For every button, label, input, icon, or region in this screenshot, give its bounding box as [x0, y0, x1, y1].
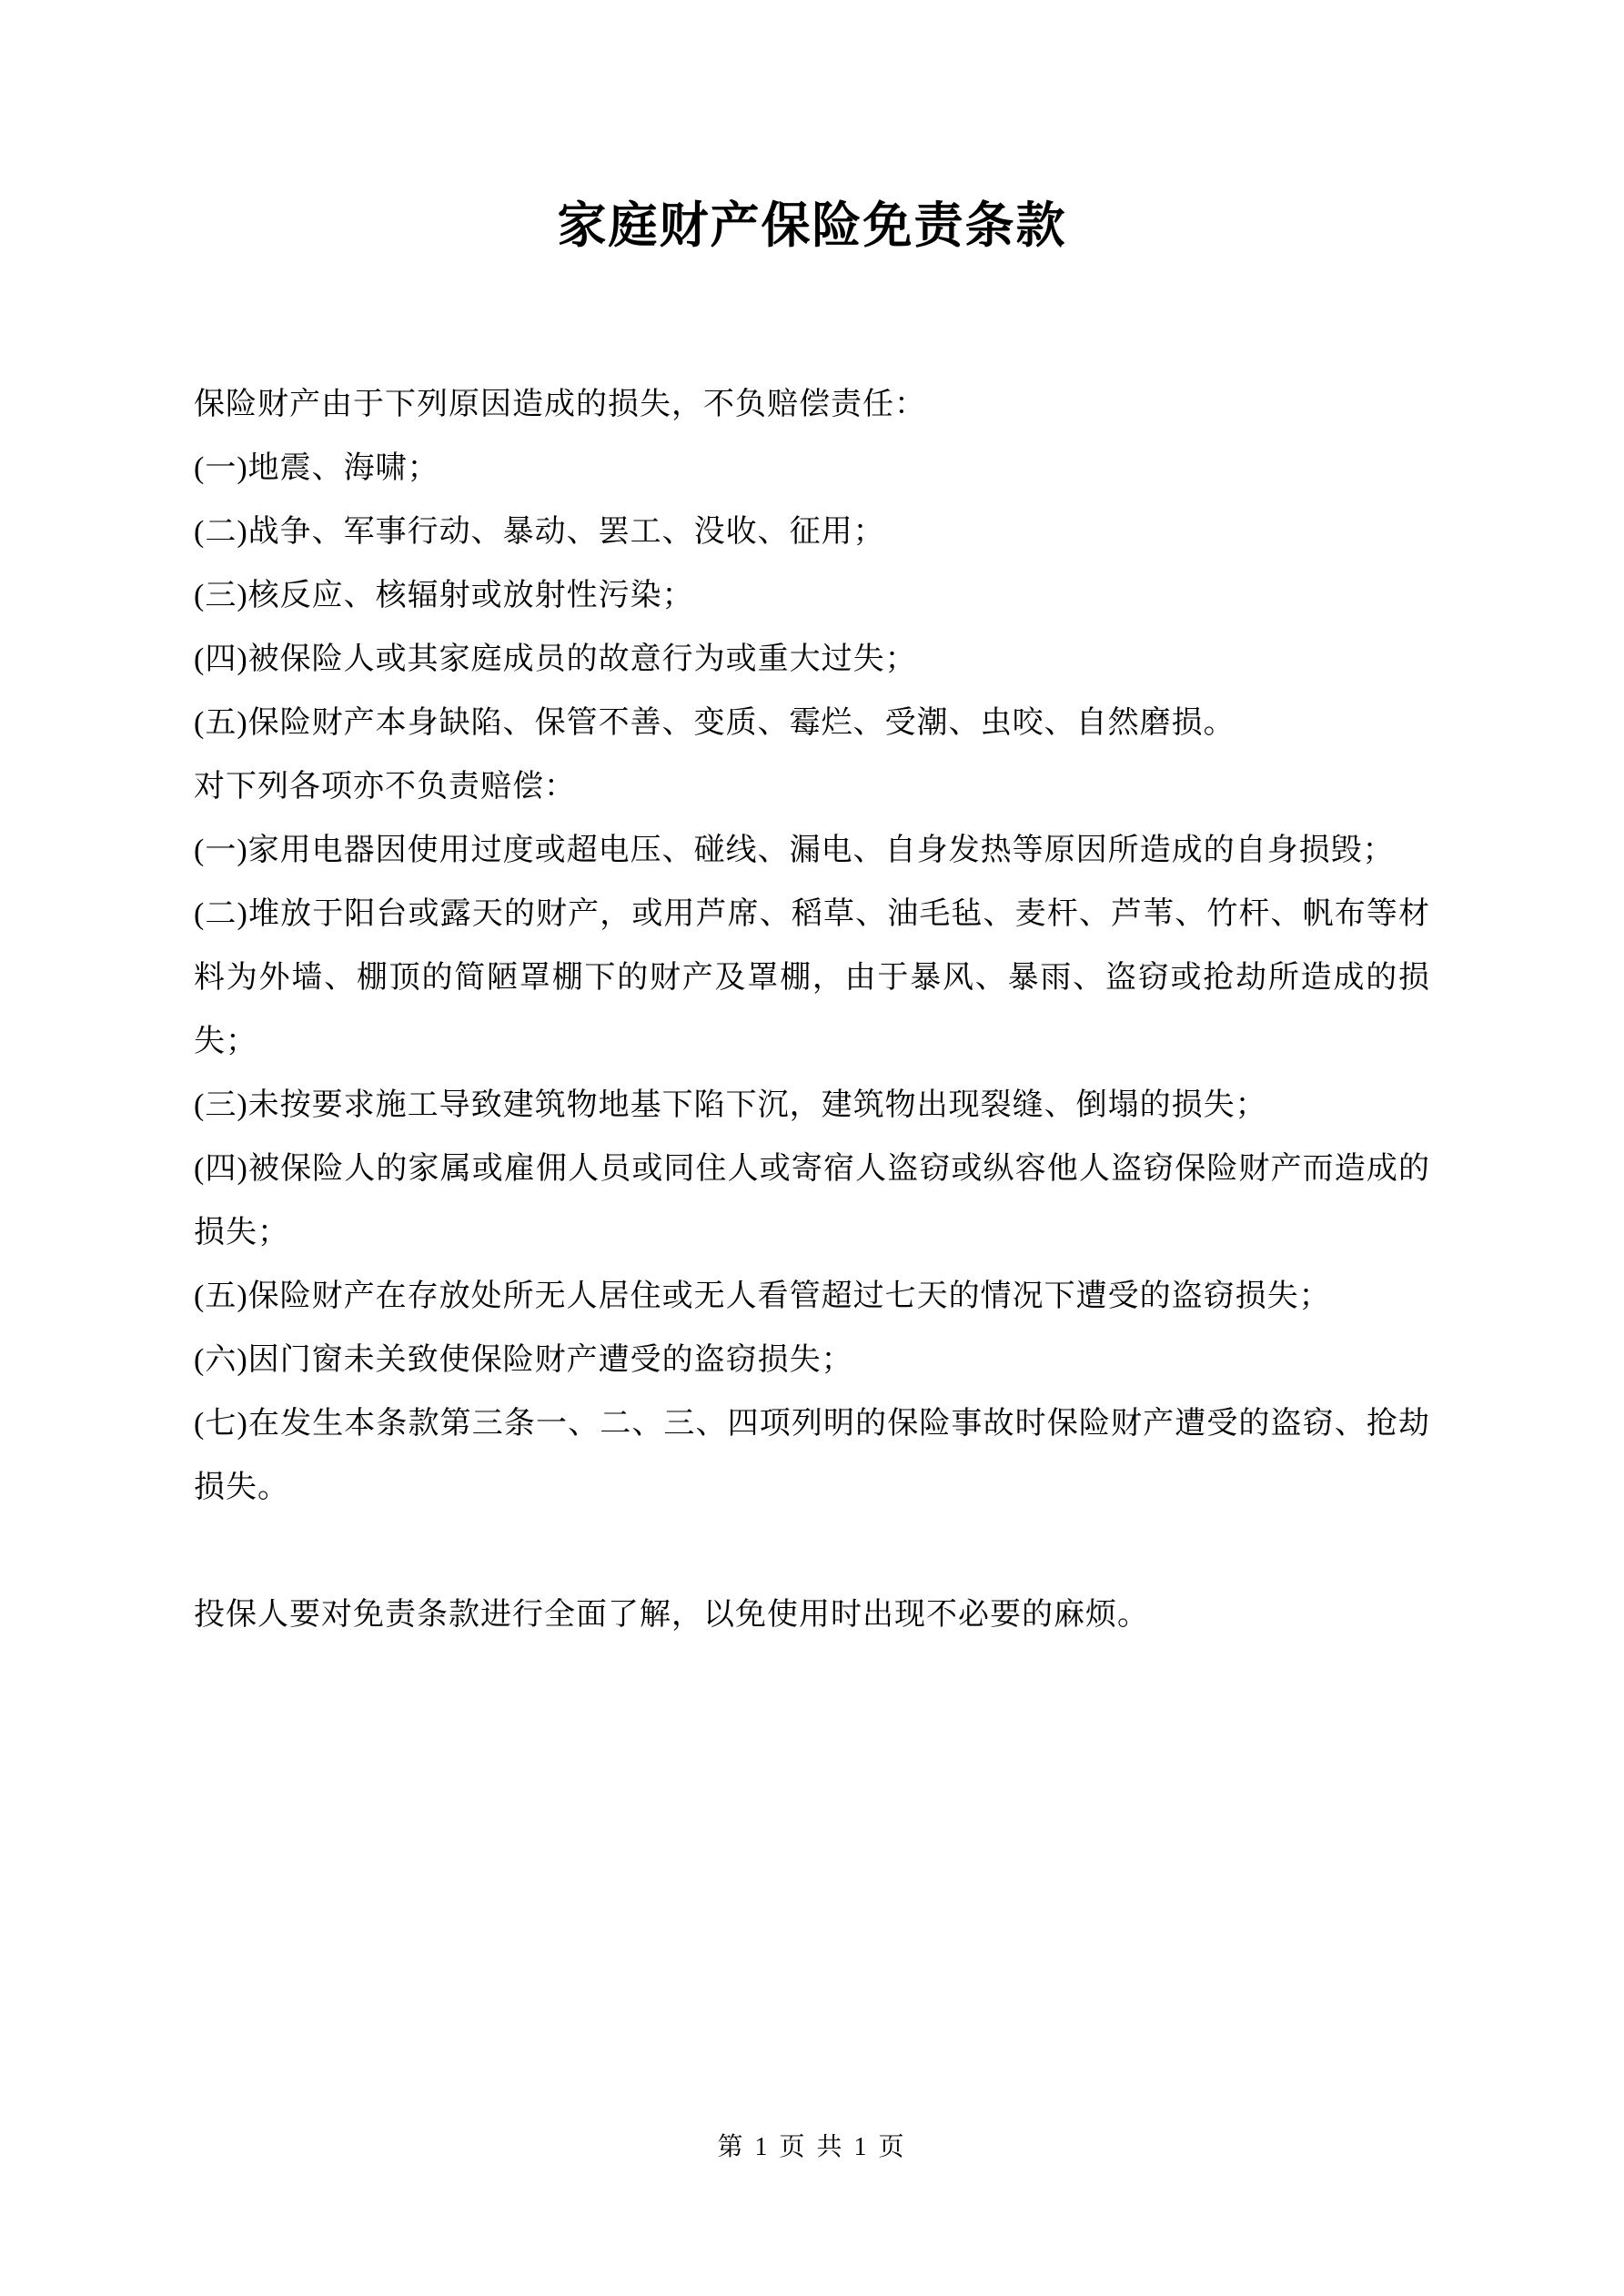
document-body: 保险财产由于下列原因造成的损失，不负赔偿责任： (一)地震、海啸； (二)战争、… — [194, 373, 1430, 1647]
section1-item-1: (一)地震、海啸； — [194, 437, 1430, 501]
section2-item-6: (六)因门窗未关致使保险财产遭受的盗窃损失； — [194, 1329, 1430, 1392]
document-page: 家庭财产保险免责条款 保险财产由于下列原因造成的损失，不负赔偿责任： (一)地震… — [0, 0, 1624, 2296]
document-title: 家庭财产保险免责条款 — [194, 191, 1430, 260]
section2-item-1: (一)家用电器因使用过度或超电压、碰线、漏电、自身发热等原因所造成的自身损毁； — [194, 819, 1430, 883]
section1-item-2: (二)战争、军事行动、暴动、罢工、没收、征用； — [194, 501, 1430, 564]
closing-note: 投保人要对免责条款进行全面了解，以免使用时出现不必要的麻烦。 — [194, 1583, 1430, 1647]
section2-item-5: (五)保险财产在存放处所无人居住或无人看管超过七天的情况下遭受的盗窃损失； — [194, 1265, 1430, 1329]
section1-item-5: (五)保险财产本身缺陷、保管不善、变质、霉烂、受潮、虫咬、自然磨损。 — [194, 692, 1430, 755]
section1-item-4: (四)被保险人或其家庭成员的故意行为或重大过失； — [194, 628, 1430, 692]
section2-item-3: (三)未按要求施工导致建筑物地基下陷下沉，建筑物出现裂缝、倒塌的损失； — [194, 1074, 1430, 1138]
section2-item-7: (七)在发生本条款第三条一、二、三、四项列明的保险事故时保险财产遭受的盗窃、抢劫… — [194, 1392, 1430, 1520]
page-number: 第 1 页 共 1 页 — [0, 2127, 1624, 2163]
section2-item-2: (二)堆放于阳台或露天的财产，或用芦席、稻草、油毛毡、麦杆、芦苇、竹杆、帆布等材… — [194, 883, 1430, 1074]
section1-heading: 保险财产由于下列原因造成的损失，不负赔偿责任： — [194, 373, 1430, 437]
section1-item-3: (三)核反应、核辐射或放射性污染； — [194, 564, 1430, 628]
section2-item-4: (四)被保险人的家属或雇佣人员或同住人或寄宿人盗窃或纵容他人盗窃保险财产而造成的… — [194, 1138, 1430, 1265]
section2-heading: 对下列各项亦不负责赔偿： — [194, 755, 1430, 819]
